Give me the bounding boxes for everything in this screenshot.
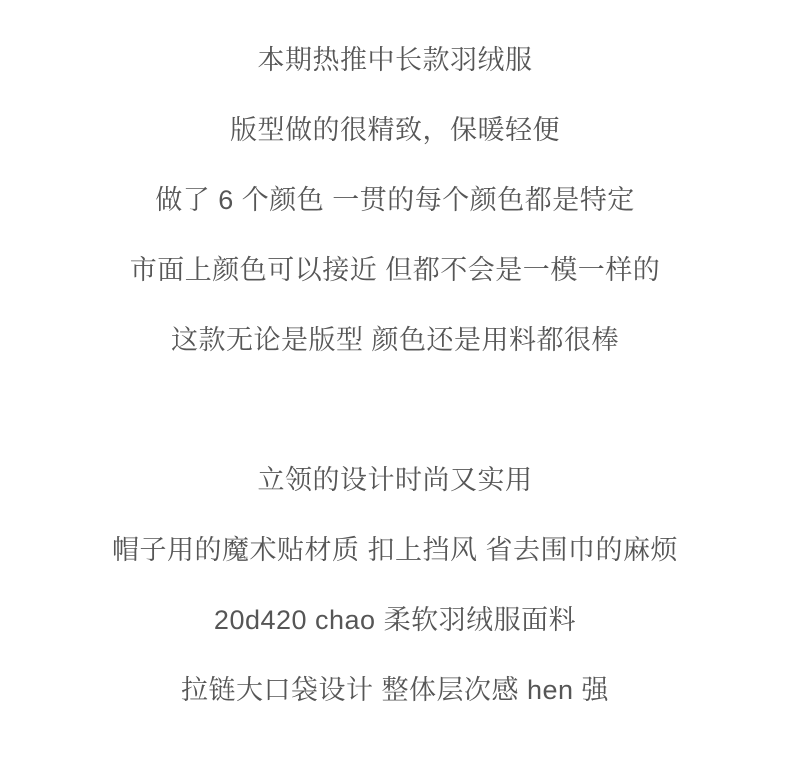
text-line: 20d420 chao 柔软羽绒服面料 [0, 585, 790, 655]
text-line: 帽子用的魔术贴材质 扣上挡风 省去围巾的麻烦 [0, 515, 790, 585]
text-line: 市面上颜色可以接近 但都不会是一模一样的 [0, 235, 790, 305]
text-line: 立领的设计时尚又实用 [0, 445, 790, 515]
text-line: 版型做的很精致，保暖轻便 [0, 95, 790, 165]
text-line: 做了 6 个颜色 一贯的每个颜色都是特定 [0, 165, 790, 235]
paragraph-intro: 本期热推中长款羽绒服 版型做的很精致，保暖轻便 做了 6 个颜色 一贯的每个颜色… [0, 25, 790, 375]
text-line: 这款无论是版型 颜色还是用料都很棒 [0, 305, 790, 375]
paragraph-details: 立领的设计时尚又实用 帽子用的魔术贴材质 扣上挡风 省去围巾的麻烦 20d420… [0, 445, 790, 725]
text-line: 拉链大口袋设计 整体层次感 hen 强 [0, 655, 790, 725]
product-description-page: 本期热推中长款羽绒服 版型做的很精致，保暖轻便 做了 6 个颜色 一贯的每个颜色… [0, 0, 790, 761]
text-line: 本期热推中长款羽绒服 [0, 25, 790, 95]
